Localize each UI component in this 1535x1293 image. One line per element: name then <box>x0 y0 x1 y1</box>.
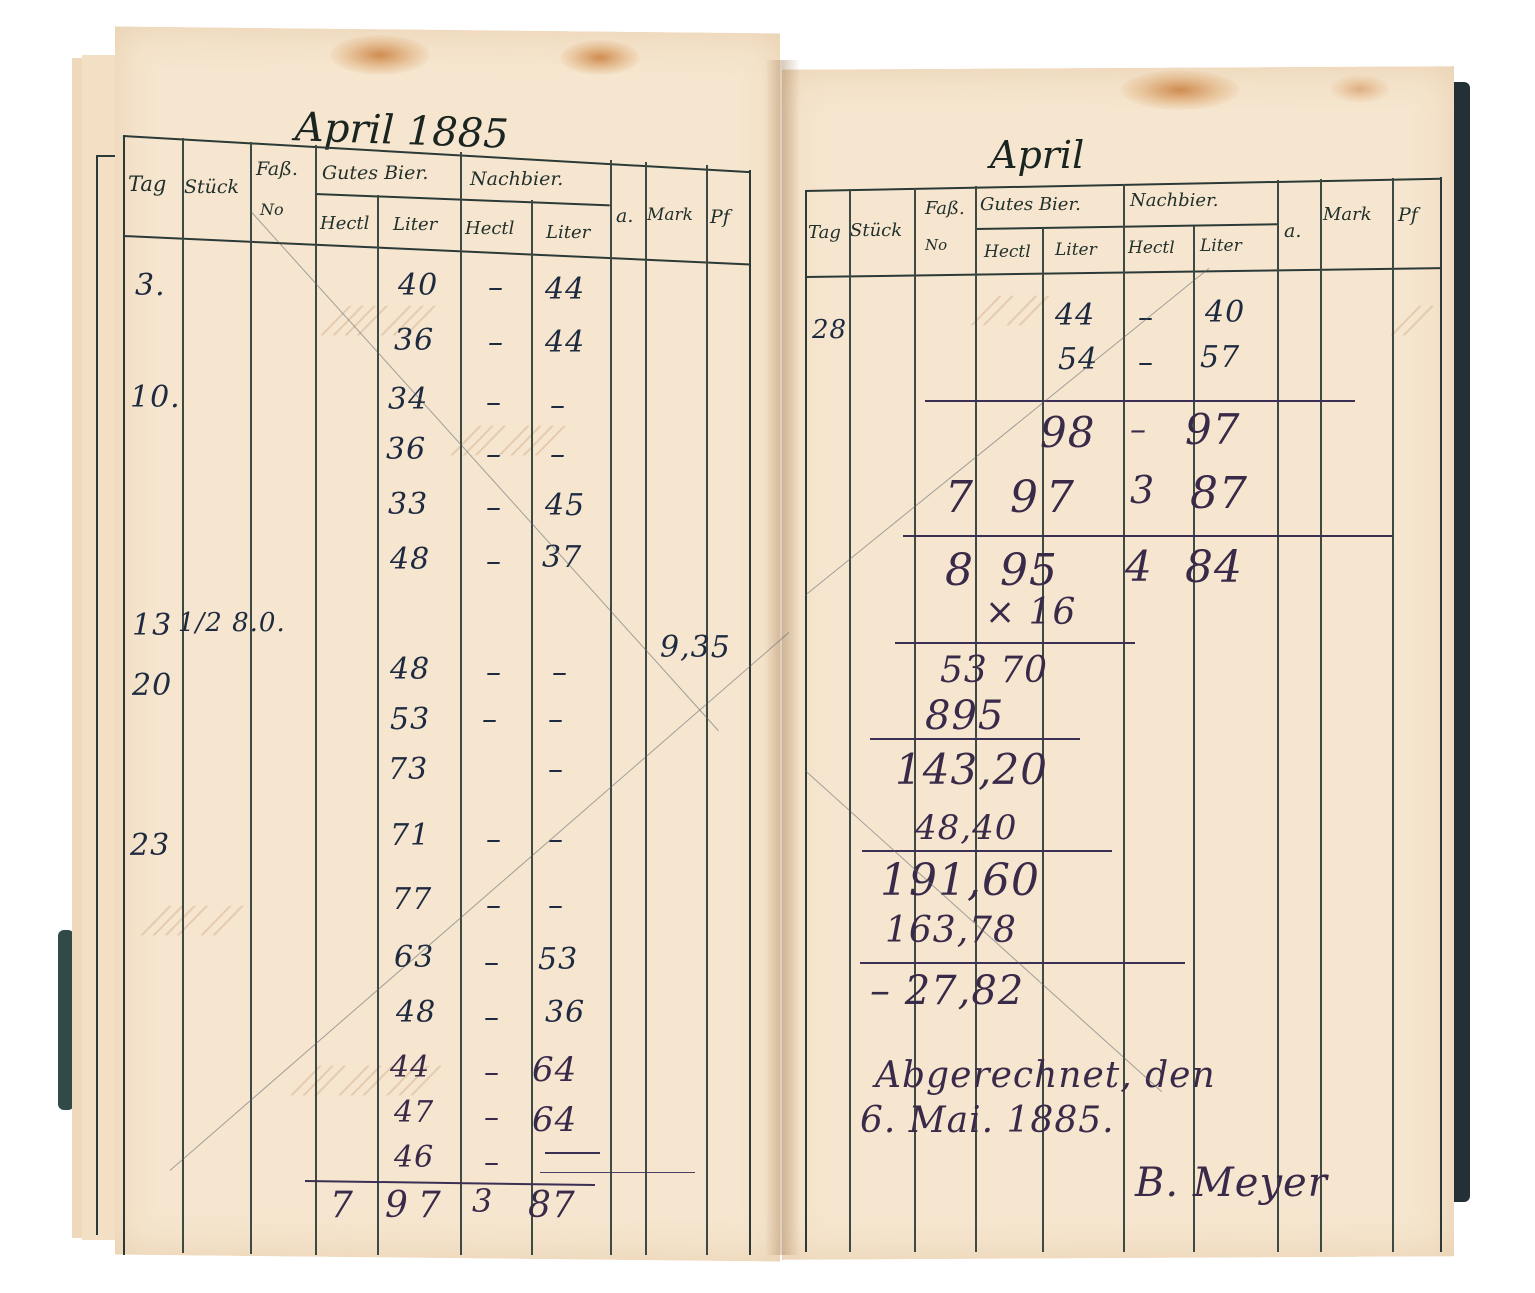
left-col-border <box>645 162 647 1255</box>
right-header-a: a. <box>1284 220 1301 242</box>
left-gb-liter: 36 <box>386 432 426 467</box>
rust-stain <box>560 40 640 75</box>
right-tag: 28 <box>812 315 847 345</box>
right-grand-gb-hectl: 8 <box>945 545 974 596</box>
calc-rule <box>860 962 1185 964</box>
left-col-border <box>610 160 612 1255</box>
left-nb-liter: – <box>552 655 568 690</box>
left-nb-hectl: – <box>484 1100 500 1135</box>
left-header-pf: Pf <box>710 206 730 228</box>
right-subtotal-gb-liter: 98 <box>1040 408 1095 457</box>
signature: B. Meyer <box>1135 1160 1328 1206</box>
left-nb-liter: 44 <box>545 325 585 360</box>
left-nb-hectl: – <box>482 702 498 737</box>
left-header-liter-2: Liter <box>546 222 590 243</box>
right-carried-nb-hectl: 3 <box>1130 468 1155 512</box>
left-nb-liter: 45 <box>545 488 585 523</box>
right-col-border <box>1440 177 1442 1252</box>
right-col-border <box>805 190 807 1252</box>
right-subtotal-rule <box>925 400 1355 402</box>
settlement-note-date: 6. Mai. 1885. <box>860 1100 1115 1141</box>
left-nb-liter: – <box>548 888 564 923</box>
left-header-gutes-bier: Gutes Bier. <box>322 162 428 184</box>
left-nb-hectl: – <box>486 544 502 579</box>
left-gb-liter: 48 <box>396 995 436 1030</box>
left-gb-liter: 71 <box>390 818 430 853</box>
left-header-hectl-2: Hectl <box>465 218 514 239</box>
left-gb-liter: 48 <box>390 542 430 577</box>
calc-sum2: 191,60 <box>880 855 1040 906</box>
right-header-fass-no: No <box>925 236 947 254</box>
right-nb-liter: 57 <box>1200 340 1240 375</box>
right-header-mark: Mark <box>1323 204 1372 225</box>
right-header-hectl-2: Hectl <box>1128 238 1175 258</box>
left-page-month-title: April 1885 <box>294 104 509 157</box>
left-nb-liter: 64 <box>532 1050 577 1090</box>
right-nb-liter: 40 <box>1205 295 1245 330</box>
left-gb-liter: 53 <box>390 702 430 737</box>
right-col-border <box>1277 180 1279 1252</box>
left-header-hectl-1: Hectl <box>320 213 369 234</box>
calc-result: – 27,82 <box>870 968 1024 1014</box>
left-total-gb-hectl: 7 <box>330 1185 354 1226</box>
left-header-nachbier: Nachbier. <box>470 168 563 190</box>
left-nb-liter: – <box>550 388 566 423</box>
left-col-border <box>460 152 462 1255</box>
left-total-underline <box>540 1172 695 1173</box>
right-header-pf: Pf <box>1398 204 1418 226</box>
right-gb-liter: 54 <box>1058 342 1098 377</box>
left-nb-liter: – <box>548 752 564 787</box>
left-nb-hectl: – <box>484 945 500 980</box>
left-gb-liter: 44 <box>390 1050 430 1085</box>
calc-rule <box>895 642 1135 644</box>
left-gb-liter: 77 <box>392 882 432 917</box>
right-col-border <box>1320 179 1322 1252</box>
left-col-border <box>250 142 252 1254</box>
left-header-fass: Faß. <box>256 158 298 180</box>
right-header-liter-2: Liter <box>1200 236 1242 256</box>
back-page-grid-hline <box>96 155 116 157</box>
right-col-border <box>1042 228 1044 1252</box>
right-header-nachbier: Nachbier. <box>1130 190 1218 211</box>
left-col-border <box>749 170 751 1255</box>
left-header-stueck: Stück <box>184 176 239 198</box>
calc-sum1: 143,20 <box>895 745 1048 794</box>
right-header-gutes-bier: Gutes Bier. <box>980 194 1081 215</box>
right-col-border <box>1193 226 1195 1252</box>
left-col-border <box>706 165 708 1255</box>
right-grand-nb-hectl: 4 <box>1125 542 1153 591</box>
right-page-month-title: April <box>990 133 1084 177</box>
left-nb-hectl: – <box>484 1145 500 1180</box>
left-tag: 23 <box>130 828 170 863</box>
left-gb-liter: 73 <box>388 752 428 787</box>
right-col-border <box>1392 178 1394 1252</box>
rust-stain <box>1330 75 1390 103</box>
left-nb-hectl: – <box>486 822 502 857</box>
left-gb-liter: 36 <box>394 323 434 358</box>
bleed-through-text: /// //// <box>450 420 565 461</box>
rust-stain <box>1120 70 1240 110</box>
right-header-liter-1: Liter <box>1055 240 1097 260</box>
left-col-border <box>531 200 533 1255</box>
left-nb-hectl: – <box>488 325 504 360</box>
left-header-fass-no: No <box>260 200 284 219</box>
left-stueck: 1/2 8.0. <box>178 608 286 638</box>
left-tag: 20 <box>132 668 172 703</box>
left-col-border <box>182 138 184 1253</box>
right-carried-gb-liter: 97 <box>1010 472 1082 523</box>
left-nb-hectl: – <box>488 270 504 305</box>
right-grand-total-rule <box>903 535 1393 537</box>
left-nb-liter: 36 <box>545 995 585 1030</box>
left-nb-hectl: – <box>484 1000 500 1035</box>
left-nb-liter: – <box>550 437 566 472</box>
left-nb-hectl: – <box>486 437 502 472</box>
left-header-a: a. <box>616 205 633 227</box>
right-header-fass: Faß. <box>925 198 965 219</box>
calc-add: 48,40 <box>915 808 1017 848</box>
calc-line2: 895 <box>925 693 1004 739</box>
right-subtotal-nb-liter: 97 <box>1185 405 1240 454</box>
left-nb-hectl: – <box>486 490 502 525</box>
page-gutter <box>765 60 800 1255</box>
left-header-tag: Tag <box>128 172 166 196</box>
right-carried-nb-liter: 87 <box>1190 468 1248 519</box>
left-header-liter-1: Liter <box>393 214 437 235</box>
left-nb-hectl: – <box>486 385 502 420</box>
right-subtotal-nb-hectl: – <box>1130 410 1147 448</box>
back-page-grid-line <box>96 155 98 1235</box>
calc-multiplier: × 16 <box>985 592 1076 633</box>
right-header-stueck: Stück <box>850 220 902 241</box>
right-header-hectl-1: Hectl <box>984 242 1031 262</box>
left-gb-liter: 46 <box>394 1140 434 1175</box>
right-grand-gb-liter: 95 <box>1000 545 1058 596</box>
left-total-nb-liter: 87 <box>528 1185 576 1226</box>
left-gb-liter: 47 <box>394 1095 434 1130</box>
left-tag: 10. <box>130 380 181 415</box>
left-col-border <box>315 145 317 1255</box>
right-grand-nb-liter: 84 <box>1185 542 1243 593</box>
right-gb-liter: 44 <box>1055 298 1095 333</box>
calc-rule <box>862 850 1112 852</box>
settlement-note-line1: Abgerechnet, den <box>875 1055 1216 1096</box>
left-col-border <box>123 135 125 1255</box>
calc-rule <box>870 738 1080 740</box>
left-nb-liter: 53 <box>538 942 578 977</box>
left-nb-hectl: – <box>484 1055 500 1090</box>
left-total-nb-hectl: 3 <box>472 1182 493 1220</box>
left-gb-liter: 48 <box>390 652 430 687</box>
right-col-border <box>849 189 851 1252</box>
left-mark: 9,35 <box>660 630 731 665</box>
left-nb-liter: – <box>548 702 564 737</box>
left-short-rule <box>545 1152 600 1154</box>
left-nb-liter: 64 <box>532 1100 577 1140</box>
left-tag: 13 <box>132 608 172 643</box>
left-gb-liter: 33 <box>388 487 428 522</box>
left-nb-hectl: – <box>486 655 502 690</box>
right-carried-gb-hectl: 7 <box>945 472 974 523</box>
left-nb-liter: 44 <box>545 272 585 307</box>
right-header-tag: Tag <box>808 222 841 243</box>
left-header-mark: Mark <box>647 205 693 225</box>
left-gb-liter: 40 <box>398 268 438 303</box>
left-total-gb-liter: 97 <box>385 1185 451 1226</box>
right-nb-hectl: – <box>1138 345 1154 380</box>
rust-stain <box>330 35 430 75</box>
left-tag: 3. <box>135 268 166 303</box>
calc-line1: 53 70 <box>940 650 1048 691</box>
